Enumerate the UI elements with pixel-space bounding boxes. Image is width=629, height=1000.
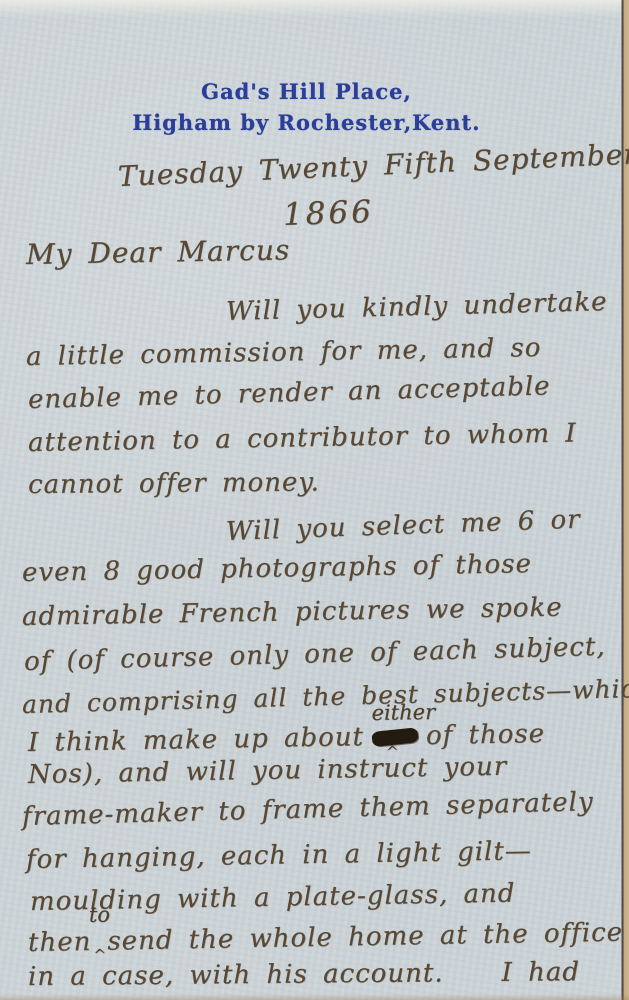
handwritten-line: for hanging, each in a light gilt— [26, 834, 532, 877]
date-line: Tuesday Twenty Fifth September [117, 137, 629, 194]
line-text: of those [426, 719, 546, 751]
line-text: in a case, with his account. [28, 958, 444, 992]
date-year: 1866 [282, 195, 374, 232]
handwritten-line: a little commission for me, and so [26, 331, 542, 374]
paper-top-edge [0, 0, 629, 18]
handwritten-line: attention to a contributor to whom I [28, 416, 577, 460]
handwritten-line: enable me to render an acceptable [28, 369, 551, 417]
line-text: I had [501, 957, 580, 988]
inserted-word: either [371, 695, 435, 730]
letterhead: Gad's Hill Place, Higham by Rochester,Ke… [0, 76, 613, 138]
line-text: send the whole home at the office [107, 918, 623, 957]
letterhead-line-1: Gad's Hill Place, [0, 76, 613, 107]
handwritten-line: Nos), and will you instruct your [28, 750, 508, 792]
salutation: My Dear Marcus [26, 233, 291, 272]
handwritten-line: cannot offer money. [28, 465, 320, 502]
handwritten-line: Will you kindly undertake [226, 285, 608, 329]
handwritten-line: even 8 good photographs of those [22, 547, 532, 590]
handwritten-line: and comprising all the best subjects—whi… [22, 671, 629, 722]
handwritten-line: Will you select me 6 or [225, 503, 581, 549]
insertion: to^ [93, 924, 105, 950]
handwritten-line: admirable French pictures we spoke [22, 591, 563, 634]
insertion: either^ [372, 719, 419, 754]
handwritten-line-with-insertion: thento^send the whole home at the office [28, 915, 624, 960]
scanned-letter-page: Gad's Hill Place, Higham by Rochester,Ke… [0, 0, 629, 1000]
handwritten-line: frame-maker to frame them separately [22, 785, 594, 834]
inserted-word: to [89, 898, 111, 932]
handwritten-line: of (of course only one of each subject, [24, 630, 606, 679]
letterhead-line-2: Higham by Rochester,Kent. [0, 107, 613, 138]
handwritten-line: in a case, with his account.I had [28, 955, 580, 994]
paper-bottom-edge [0, 994, 629, 1000]
line-text: then [28, 927, 92, 958]
